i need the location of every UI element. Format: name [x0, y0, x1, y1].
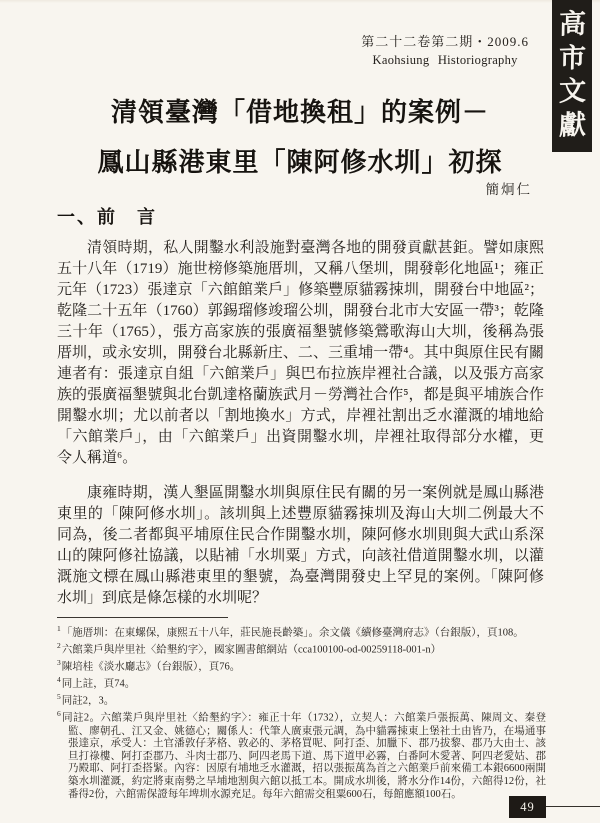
footnote-4: 4同上註，頁74。: [57, 674, 546, 691]
footnote-marker: 5: [57, 692, 61, 701]
footnote-marker: 6: [57, 709, 61, 718]
scan-edge-artifact: [0, 0, 600, 3]
footnote-marker: 2: [57, 641, 61, 650]
masthead-char: 市: [558, 44, 585, 72]
footnote-text: 「施厝圳：在東螺保，康熙五十八年，莊民施長齡築」。余文儀《續修臺灣府志》（台銀版…: [62, 628, 524, 639]
article-body: 清領時期，私人開鑿水利設施對臺灣各地的開發貢獻甚鉅。譬如康熙五十八年（1719）…: [57, 238, 544, 609]
footnote-text: 同註2，3。: [62, 696, 115, 707]
body-paragraph-1: 清領時期，私人開鑿水利設施對臺灣各地的開發貢獻甚鉅。譬如康熙五十八年（1719）…: [57, 238, 544, 469]
article-title: 清領臺灣「借地換租」的案例－ 鳳山縣港東里「陳阿修水圳」初探: [0, 88, 600, 188]
footnote-marker: 3: [57, 658, 61, 667]
page-number-rule: [546, 806, 600, 807]
footnote-6: 6同註2。六館業戶與岸里社〈給墾約字〉：雍正十年（1732），立契人：六館業戶張…: [57, 708, 546, 801]
footnote-1: 1「施厝圳：在東螺保，康熙五十八年，莊民施長齡築」。余文儀《續修臺灣府志》（台銀…: [57, 623, 546, 640]
footnotes-block: 1「施厝圳：在東螺保，康熙五十八年，莊民施長齡築」。余文儀《續修臺灣府志》（台銀…: [57, 623, 546, 801]
footnote-text: 六館業戶與岸里社〈給墾約字〉，國家圖書館網站（cca100100-od-0025…: [62, 645, 441, 656]
journal-name-english: Kaohsiung Historiography: [361, 53, 529, 68]
journal-header: 第二十二卷第二期・2009.6 Kaohsiung Historiography: [361, 31, 529, 68]
footnote-text: 同上註，頁74。: [62, 679, 136, 690]
journal-page: 高 市 文 獻 第二十二卷第二期・2009.6 Kaohsiung Histor…: [0, 0, 600, 823]
section-heading-introduction: 一、前 言: [57, 203, 157, 229]
footnote-text: 陳培桂《淡水廳志》（台銀版），頁76。: [62, 662, 241, 673]
article-title-line1: 清領臺灣「借地換租」的案例－: [0, 88, 600, 138]
footnote-3: 3陳培桂《淡水廳志》（台銀版），頁76。: [57, 657, 546, 674]
footnote-separator-rule: [57, 617, 228, 618]
footnote-marker: 4: [57, 675, 61, 684]
footnote-5: 5同註2，3。: [57, 691, 546, 708]
page-number-badge: 49: [509, 796, 546, 818]
footnote-2: 2六館業戶與岸里社〈給墾約字〉，國家圖書館網站（cca100100-od-002…: [57, 640, 546, 657]
footnote-text: 同註2。六館業戶與岸里社〈給墾約字〉：雍正十年（1732），立契人：六館業戶張振…: [62, 713, 546, 800]
body-paragraph-2: 康雍時期，漢人墾區開鑿水圳與原住民有關的另一案例就是鳳山縣港東里的「陳阿修水圳」…: [57, 483, 544, 609]
footnote-marker: 1: [57, 624, 61, 633]
masthead-char: 高: [558, 10, 585, 38]
author-name: 簡炯仁: [486, 178, 533, 198]
issue-volume-line: 第二十二卷第二期・2009.6: [361, 31, 529, 50]
